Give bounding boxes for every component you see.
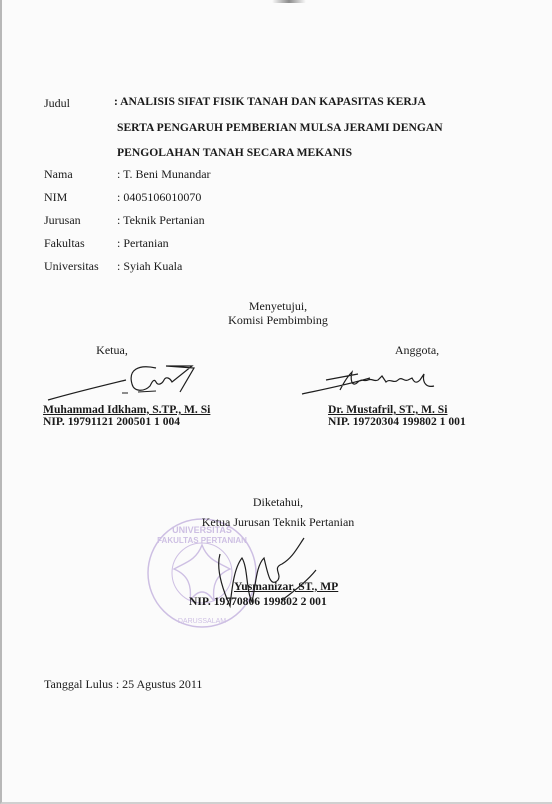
field-value: : Pertanian <box>117 236 169 251</box>
title-line-3: PENGOLAHAN TANAH SECARA MEKANIS <box>117 146 396 159</box>
field-label: Nama <box>44 167 73 182</box>
document-page: Judul : ANALISIS SIFAT FISIK TANAH DAN K… <box>0 0 552 804</box>
chair-role: Ketua, <box>62 343 162 358</box>
field-label: NIM <box>44 190 67 205</box>
approval-heading: Menyetujui, <box>2 299 552 314</box>
title-line-2: SERTA PENGARUH PEMBERIAN MULSA JERAMI DE… <box>117 121 397 134</box>
scan-artifact <box>272 0 306 3</box>
head-nip: NIP. 19770806 199802 2 001 <box>189 595 349 608</box>
field-label: Universitas <box>44 259 99 274</box>
chair-signature <box>46 362 196 402</box>
acknowledged-heading: Diketahui, <box>2 495 552 510</box>
graduation-date-text: Tanggal Lulus : 25 Agustus 2011 <box>44 677 202 692</box>
field-value: : 0405106010070 <box>117 190 201 205</box>
field-value: : Teknik Pertanian <box>117 213 205 228</box>
chair-nip: NIP. 19791121 200501 1 004 <box>43 415 213 428</box>
field-label: Judul <box>44 96 70 111</box>
field-label: Fakultas <box>44 236 85 251</box>
field-value: : T. Beni Munandar <box>117 167 211 182</box>
member-role: Anggota, <box>352 343 482 358</box>
svg-text:DARUSSALAM: DARUSSALAM <box>178 618 226 625</box>
title-line-1: : ANALISIS SIFAT FISIK TANAH DAN KAPASIT… <box>114 95 397 108</box>
head-name: Yusmanizar, ST., MP <box>234 580 344 593</box>
field-value: : Syiah Kuala <box>117 259 182 274</box>
approval-subheading: Komisi Pembimbing <box>2 313 552 328</box>
field-label: Jurusan <box>44 213 81 228</box>
member-nip: NIP. 19720304 199802 1 001 <box>328 415 498 428</box>
member-signature <box>300 368 440 400</box>
